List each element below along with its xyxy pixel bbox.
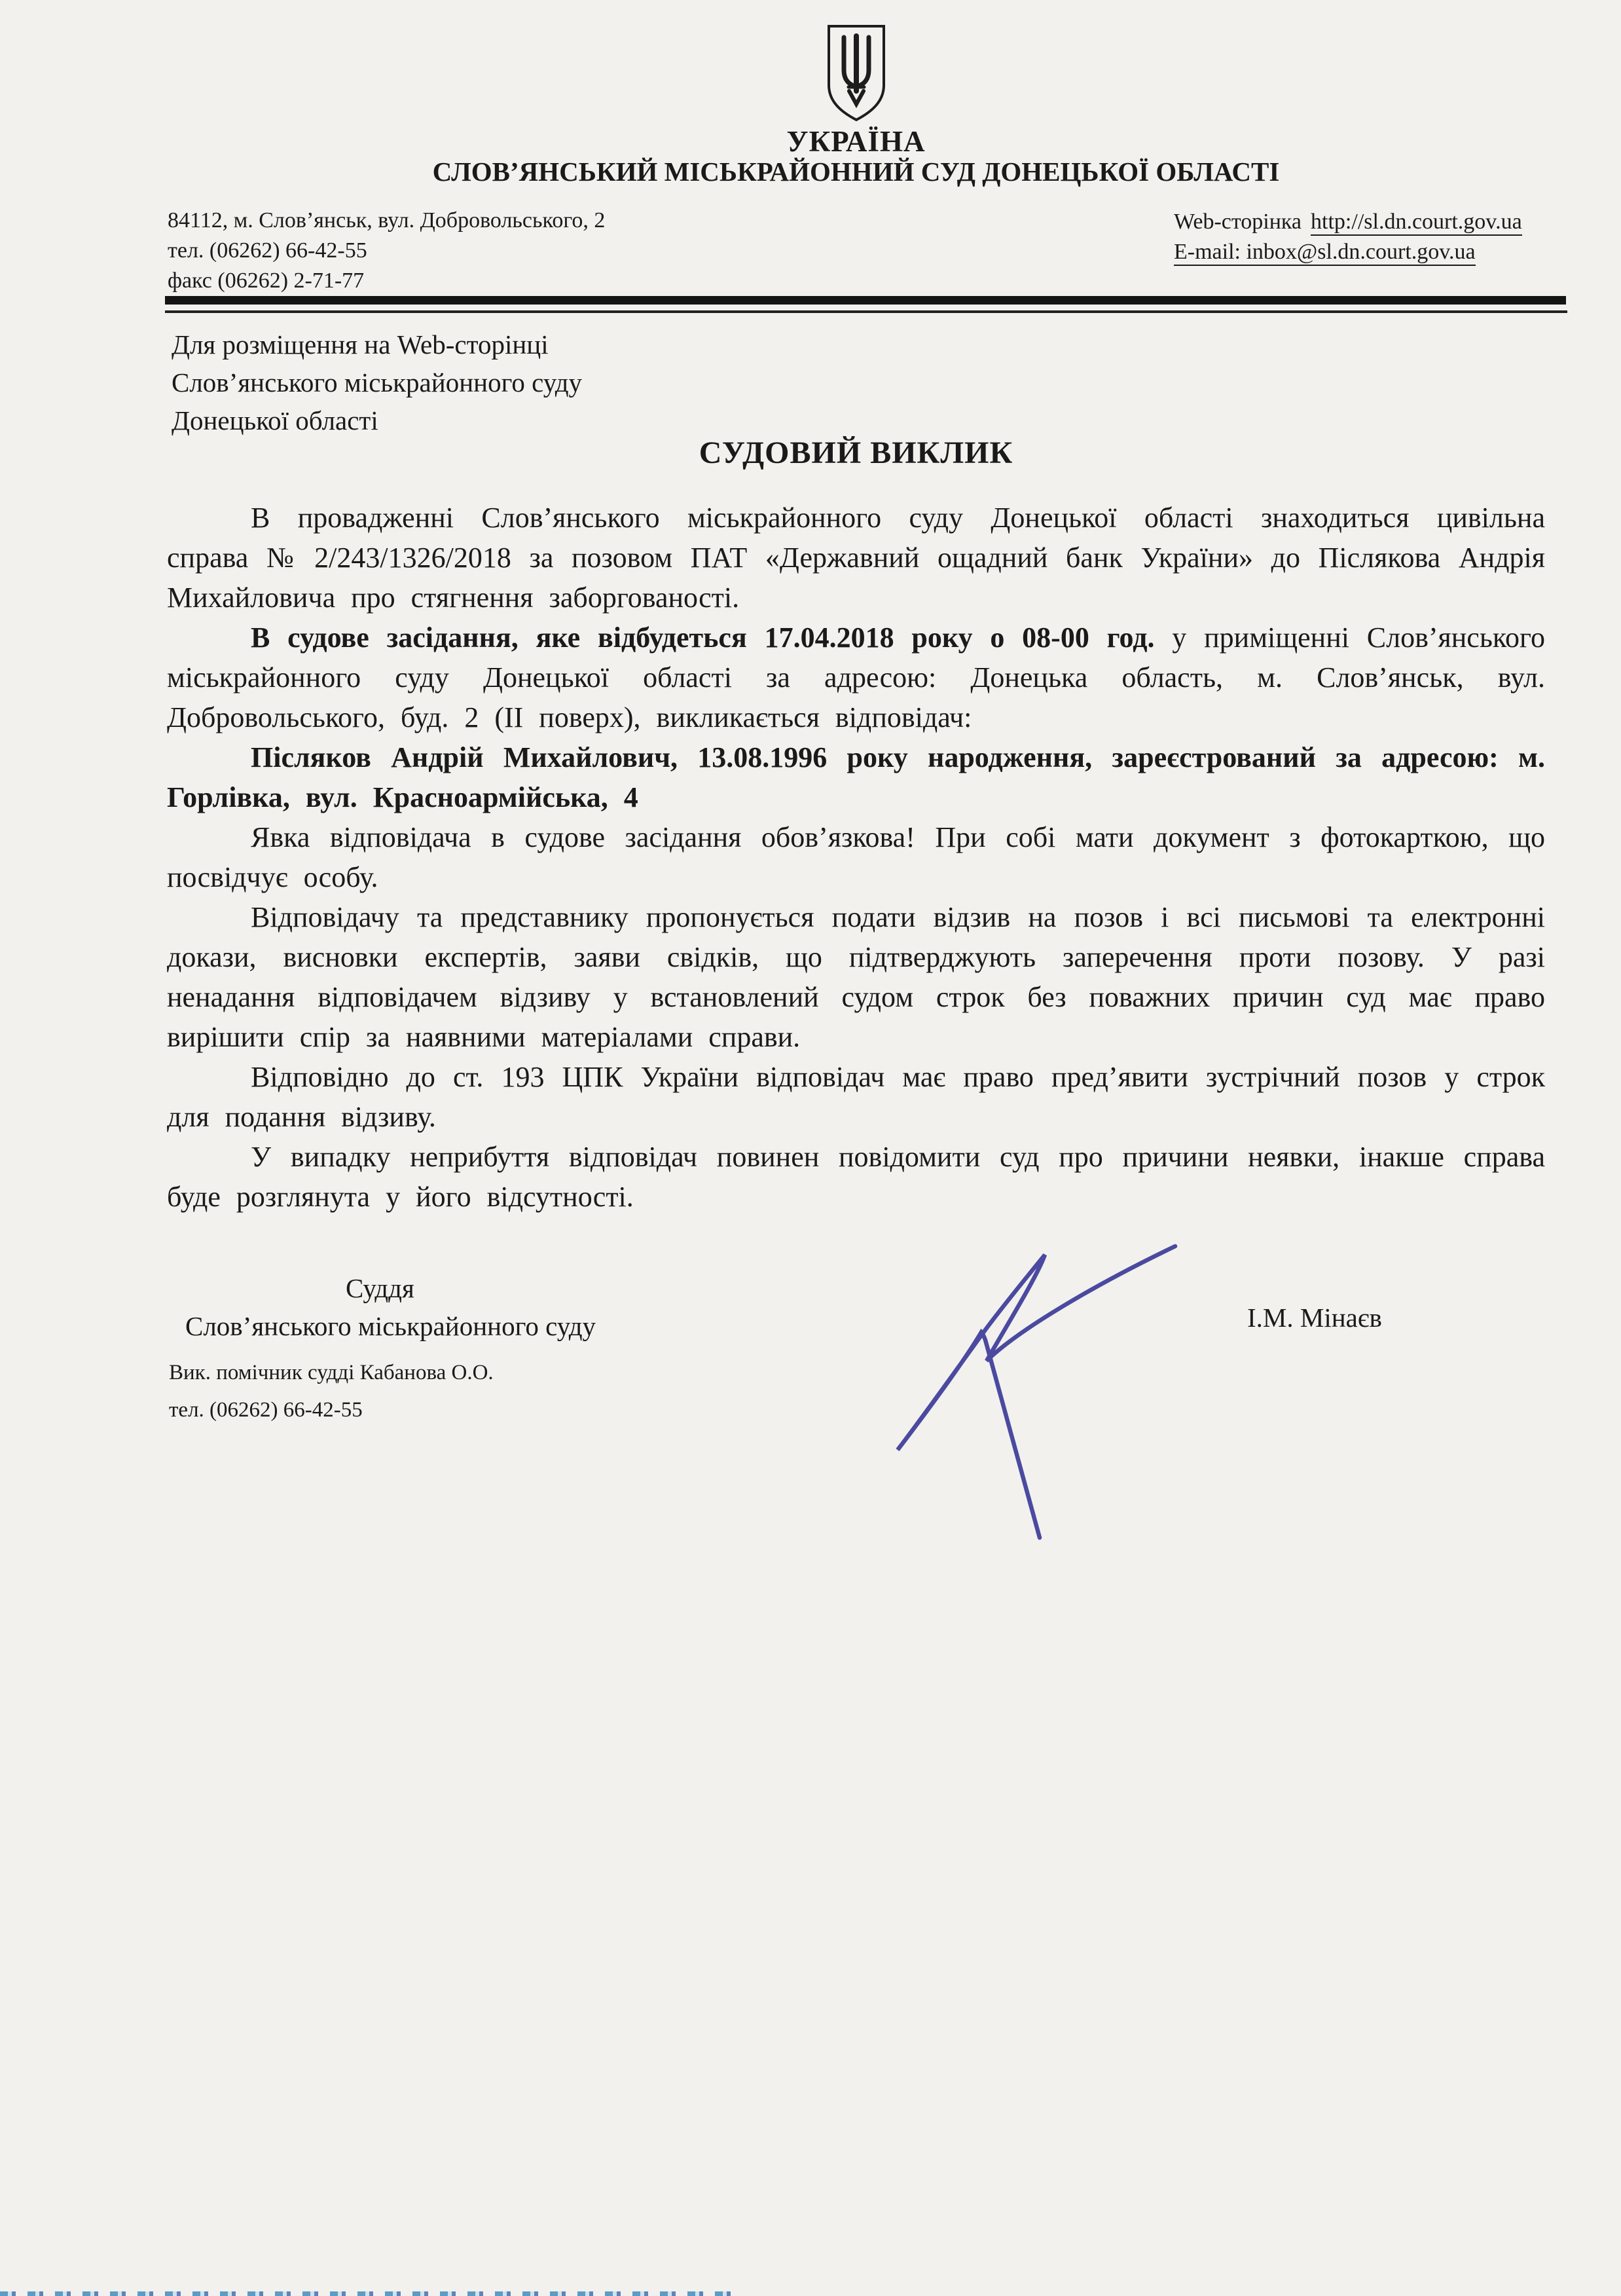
web-url: http://sl.dn.court.gov.ua [1311, 210, 1522, 236]
web-row: Web-сторінкаhttp://sl.dn.court.gov.ua [1174, 207, 1522, 237]
judge-court-label: Слов’янського міськрайонного суду [185, 1307, 596, 1345]
paragraph-absence: У випадку неприбуття відповідач повинен … [167, 1137, 1545, 1217]
recipient-line: Слов’янського міськрайонного суду [172, 363, 582, 401]
email-address: E-mail: inbox@sl.dn.court.gov.ua [1174, 240, 1476, 266]
court-fax: факс (06262) 2-71-77 [168, 266, 605, 296]
court-phone: тел. (06262) 66-42-55 [168, 236, 605, 266]
paragraph-attendance: Явка відповідача в судове засідання обов… [167, 817, 1545, 897]
country-title: УКРАЇНА [167, 124, 1545, 158]
signatory-role: Суддя Слов’янського міськрайонного суду [185, 1269, 596, 1345]
email-row: E-mail: inbox@sl.dn.court.gov.ua [1174, 237, 1522, 267]
recipient-note: Для розміщення на Web-сторінці Слов’янсь… [172, 325, 582, 439]
court-name-title: СЛОВ’ЯНСЬКИЙ МІСЬКРАЙОННИЙ СУД ДОНЕЦЬКОЇ… [167, 156, 1545, 187]
paragraph-case-info: В провадженні Слов’янського міськрайонно… [167, 498, 1545, 618]
executor-note: Вик. помічник судді Кабанова О.О. тел. (… [169, 1354, 494, 1429]
judge-label: Суддя [185, 1269, 596, 1307]
header-divider-thick [165, 296, 1566, 305]
executor-phone: тел. (06262) 66-42-55 [169, 1392, 494, 1429]
document-title: СУДОВИЙ ВИКЛИК [167, 435, 1545, 471]
paragraph-response: Відповідачу та представнику пропонується… [167, 897, 1545, 1057]
web-label: Web-сторінка [1174, 210, 1302, 234]
ukraine-trident-emblem-icon [825, 23, 888, 122]
header-divider-thin [165, 310, 1567, 313]
hearing-date-bold: В судове засідання, яке відбудеться 17.0… [251, 621, 1155, 654]
paragraph-defendant: Післяков Андрій Михайлович, 13.08.1996 р… [167, 737, 1545, 817]
contact-block-right: Web-сторінкаhttp://sl.dn.court.gov.ua E-… [1174, 207, 1522, 267]
handwritten-signature [889, 1230, 1190, 1544]
executor-name: Вик. помічник судді Кабанова О.О. [169, 1354, 494, 1392]
document-body: В провадженні Слов’янського міськрайонно… [167, 498, 1545, 1217]
recipient-line: Для розміщення на Web-сторінці [172, 325, 582, 363]
judge-name: І.М. Мінаєв [1247, 1302, 1382, 1333]
recipient-line: Донецької області [172, 401, 582, 439]
scanned-court-summons-page: УКРАЇНА СЛОВ’ЯНСЬКИЙ МІСЬКРАЙОННИЙ СУД Д… [0, 0, 1621, 2296]
emblem-container [167, 23, 1545, 126]
scan-edge-artifact [0, 2291, 740, 2296]
court-address: 84112, м. Слов’янськ, вул. Добровольсько… [168, 206, 605, 236]
contact-block-left: 84112, м. Слов’янськ, вул. Добровольсько… [168, 206, 605, 296]
paragraph-hearing: В судове засідання, яке відбудеться 17.0… [167, 618, 1545, 737]
paragraph-counterclaim: Відповідно до ст. 193 ЦПК України відпов… [167, 1057, 1545, 1137]
